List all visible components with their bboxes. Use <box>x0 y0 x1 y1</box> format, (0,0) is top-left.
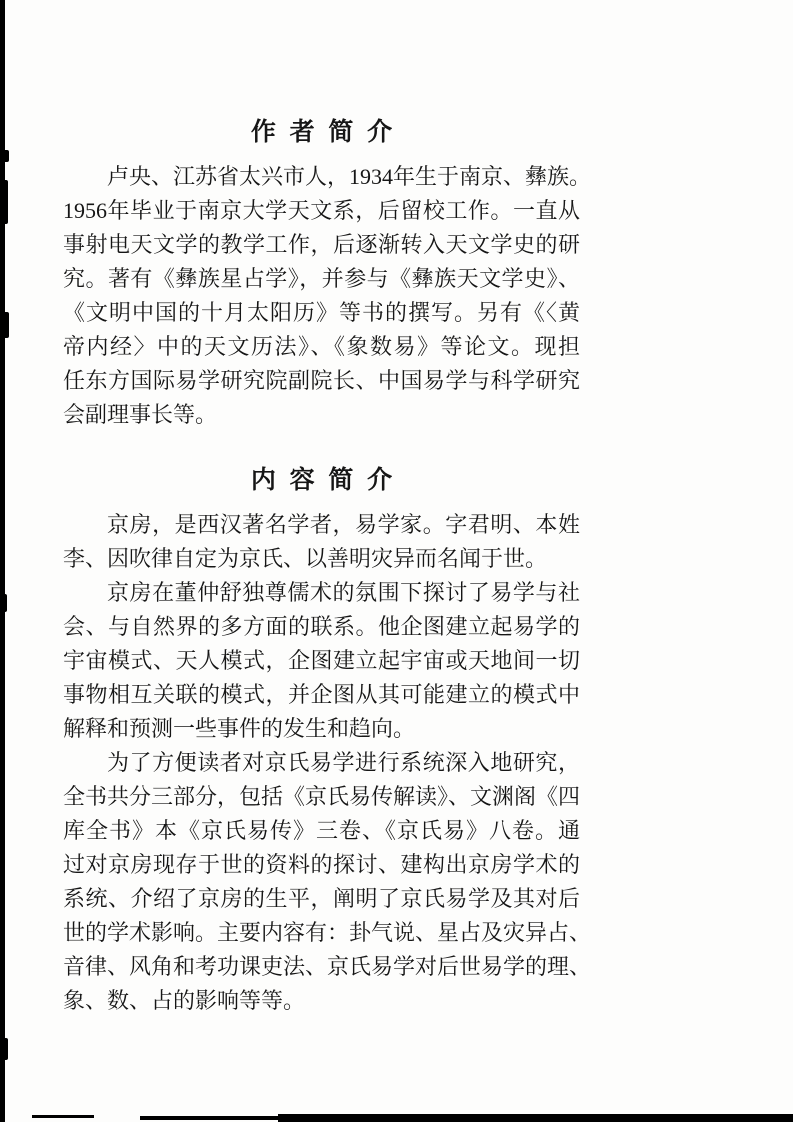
text-line: 京房，是西汉著名学者，易学家。字君明、本姓 <box>63 508 580 542</box>
scan-artifact-notch <box>0 1038 8 1060</box>
text-line: 象、数、占的影响等等。 <box>63 984 580 1018</box>
text-line: 《文明中国的十月太阳历》等书的撰写。另有《〈黄 <box>63 296 580 330</box>
scan-artifact-notch <box>0 594 7 612</box>
text-line: 任东方国际易学研究院副院长、中国易学与科学研究 <box>63 364 580 398</box>
text-line: 过对京房现存于世的资料的探讨、建构出京房学术的 <box>63 848 580 882</box>
scan-artifact-bottom-edge <box>278 1114 793 1122</box>
text-line: 会副理事长等。 <box>63 398 580 432</box>
author-intro-heading: 作者简介 <box>63 112 580 148</box>
scan-artifact-notch <box>0 312 9 338</box>
author-intro-body: 卢央、江苏省太兴市人，1934年生于南京、彝族。1956年毕业于南京大学天文系，… <box>63 160 580 432</box>
content-intro-heading: 内容简介 <box>63 460 580 496</box>
text-line: 会、与自然界的多方面的联系。他企图建立起易学的 <box>63 610 580 644</box>
section-content-intro: 内容简介 京房，是西汉著名学者，易学家。字君明、本姓李、因吹律自定为京氏、以善明… <box>63 460 580 1018</box>
text-line: 事射电天文学的教学工作，后逐渐转入天文学史的研 <box>63 228 580 262</box>
text-line: 事物相互关联的模式，并企图从其可能建立的模式中 <box>63 678 580 712</box>
text-line: 究。著有《彝族星占学》，并参与《彝族天文学史》、 <box>63 262 580 296</box>
book-page: 作者简介 卢央、江苏省太兴市人，1934年生于南京、彝族。1956年毕业于南京大… <box>0 0 793 1122</box>
scan-artifact-notch <box>0 150 9 162</box>
text-line: 音律、风角和考功课吏法、京氏易学对后世易学的理、 <box>63 950 580 984</box>
text-line: 系统、介绍了京房的生平，阐明了京氏易学及其对后 <box>63 882 580 916</box>
text-line: 帝内经〉中的天文历法》、《象数易》等论文。现担 <box>63 330 580 364</box>
section-author-intro: 作者简介 卢央、江苏省太兴市人，1934年生于南京、彝族。1956年毕业于南京大… <box>63 112 580 432</box>
content-intro-body: 京房，是西汉著名学者，易学家。字君明、本姓李、因吹律自定为京氏、以善明灾异而名闻… <box>63 508 580 1018</box>
text-line: 1956年毕业于南京大学天文系，后留校工作。一直从 <box>63 194 580 228</box>
scan-artifact-bottom-edge <box>140 1116 285 1120</box>
text-line: 为了方便读者对京氏易学进行系统深入地研究， <box>63 746 580 780</box>
text-line: 卢央、江苏省太兴市人，1934年生于南京、彝族。 <box>63 160 580 194</box>
text-line: 库全书》本《京氏易传》三卷、《京氏易》八卷。通 <box>63 814 580 848</box>
scan-artifact-left-edge <box>0 0 5 1122</box>
text-line: 京房在董仲舒独尊儒术的氛围下探讨了易学与社 <box>63 576 580 610</box>
text-line: 全书共分三部分，包括《京氏易传解读》、文渊阁《四 <box>63 780 580 814</box>
text-line: 宇宙模式、天人模式，企图建立起宇宙或天地间一切 <box>63 644 580 678</box>
text-line: 世的学术影响。主要内容有：卦气说、星占及灾异占、 <box>63 916 580 950</box>
page-content: 作者简介 卢央、江苏省太兴市人，1934年生于南京、彝族。1956年毕业于南京大… <box>63 112 580 1018</box>
scan-artifact-notch <box>0 180 8 224</box>
text-line: 解释和预测一些事件的发生和趋向。 <box>63 712 580 746</box>
scan-artifact-bottom-edge <box>32 1115 94 1118</box>
text-line: 李、因吹律自定为京氏、以善明灾异而名闻于世。 <box>63 542 580 576</box>
